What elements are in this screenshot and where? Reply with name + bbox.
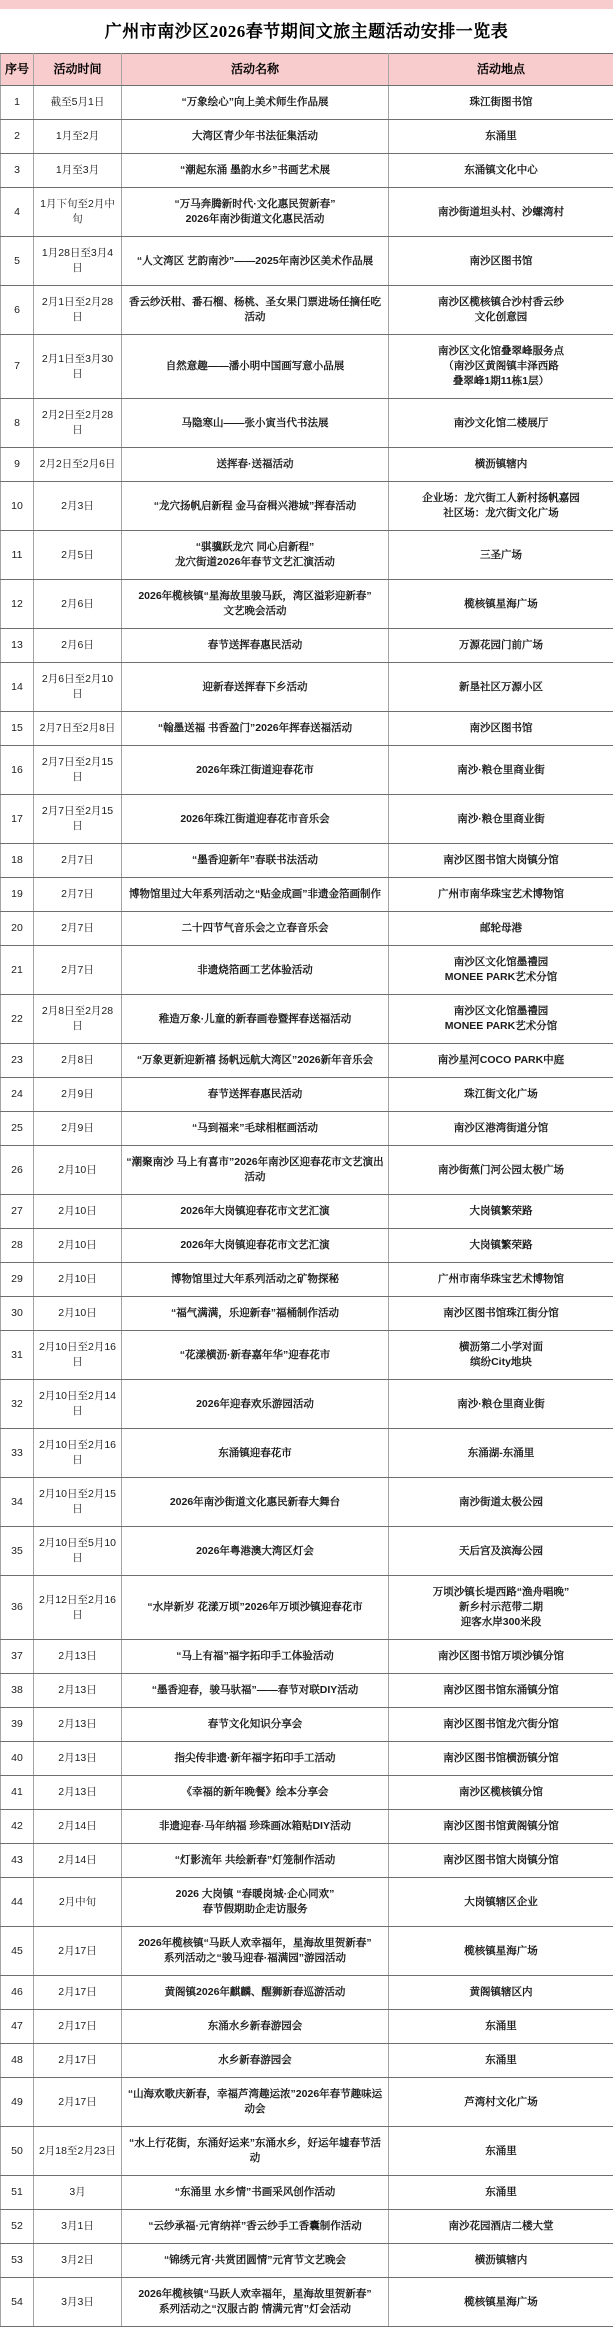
row-name: “骐骥跃龙穴 同心启新程” 龙穴街道2026年春节文艺汇演活动 (122, 531, 389, 580)
row-no: 42 (1, 1810, 34, 1844)
row-place: 珠江街图书馆 (389, 86, 613, 120)
row-time: 2月9日 (34, 1112, 122, 1146)
activities-table-body: 1 截至5月1日 “万象绘心”向上美术师生作品展 珠江街图书馆 2 1月至2月 … (1, 86, 613, 2327)
table-row: 3 1月至3月 “潮起东涌 墨韵水乡”书画艺术展 东涌镇文化中心 (1, 154, 613, 188)
table-row: 47 2月17日 东涌水乡新春游园会 东涌里 (1, 2010, 613, 2044)
page-title: 广州市南沙区2026春节期间文旅主题活动安排一览表 (0, 17, 613, 42)
row-name: 博物馆里过大年系列活动之“贴金成画”非遗金箔画制作 (122, 878, 389, 912)
row-no: 47 (1, 2010, 34, 2044)
row-name: “山海欢歌庆新春，幸福芦湾趣运浓”2026年春节趣味运动会 (122, 2078, 389, 2127)
row-no: 18 (1, 844, 34, 878)
row-name: 送挥春·送福活动 (122, 448, 389, 482)
table-row: 46 2月17日 黄阁镇2026年麒麟、醒狮新春巡游活动 黄阁镇辖区内 (1, 1976, 613, 2010)
row-no: 51 (1, 2176, 34, 2210)
row-place: 南沙区文化馆墨禮园 MONEE PARK艺术分馆 (389, 995, 613, 1044)
table-row: 16 2月7日至2月15日 2026年珠江街道迎春花市 南沙·粮仓里商业街 (1, 746, 613, 795)
row-name: “墨香迎春，骏马驮福”——春节对联DIY活动 (122, 1674, 389, 1708)
row-no: 4 (1, 188, 34, 237)
row-name: 2026年榄核镇“马跃人欢幸福年，星海故里贺新春” 系列活动之“骏马迎春·福满园… (122, 1927, 389, 1976)
row-name: 非遗烧箔画工艺体验活动 (122, 946, 389, 995)
row-name: “水上行花街，东涌好运来”东涌水乡，好运年墟春节活动 (122, 2127, 389, 2176)
row-time: 2月10日 (34, 1195, 122, 1229)
row-time: 2月7日至2月8日 (34, 712, 122, 746)
header-place: 活动地点 (389, 54, 613, 86)
row-place: 南沙区榄核镇分馆 (389, 1776, 613, 1810)
row-no: 54 (1, 2278, 34, 2327)
row-name: 春节送挥春惠民活动 (122, 1078, 389, 1112)
row-no: 13 (1, 629, 34, 663)
row-place: 芦湾村文化广场 (389, 2078, 613, 2127)
row-no: 34 (1, 1478, 34, 1527)
row-name: 迎新春送挥春下乡活动 (122, 663, 389, 712)
table-row: 8 2月2日至2月28日 马隐寒山——张小寅当代书法展 南沙文化馆二楼展厅 (1, 399, 613, 448)
table-row: 45 2月17日 2026年榄核镇“马跃人欢幸福年，星海故里贺新春” 系列活动之… (1, 1927, 613, 1976)
row-time: 2月1日至3月30日 (34, 335, 122, 399)
row-place: 东涌里 (389, 2127, 613, 2176)
row-no: 33 (1, 1429, 34, 1478)
row-name: “云纱承福·元宵纳祥”香云纱手工香囊制作活动 (122, 2210, 389, 2244)
row-no: 14 (1, 663, 34, 712)
table-row: 9 2月2日至2月6日 送挥春·送福活动 横沥镇辖内 (1, 448, 613, 482)
table-row: 10 2月3日 “龙穴扬帆启新程 金马奋楫兴港城”挥春活动 企业场：龙穴街工人新… (1, 482, 613, 531)
row-time: 1月下旬至2月中旬 (34, 188, 122, 237)
row-place: 东涌里 (389, 2044, 613, 2078)
row-time: 2月17日 (34, 1927, 122, 1976)
row-no: 3 (1, 154, 34, 188)
row-place: 企业场：龙穴街工人新村扬帆嘉园 社区场：龙穴街文化广场 (389, 482, 613, 531)
row-place: 南沙花园酒店二楼大堂 (389, 2210, 613, 2244)
row-place: 南沙·粮仓里商业街 (389, 746, 613, 795)
row-no: 11 (1, 531, 34, 580)
row-place: 南沙区文化馆叠翠峰服务点 （南沙区黄阁镇丰泽西路 叠翠峰1期11栋1层） (389, 335, 613, 399)
row-time: 1月至3月 (34, 154, 122, 188)
table-row: 18 2月7日 “墨香迎新年”春联书法活动 南沙区图书馆大岗镇分馆 (1, 844, 613, 878)
row-no: 15 (1, 712, 34, 746)
table-row: 22 2月8日至2月28日 稚造万象·儿童的新春画卷暨挥春送福活动 南沙区文化馆… (1, 995, 613, 1044)
row-name: 春节文化知识分享会 (122, 1708, 389, 1742)
row-time: 2月10日至2月14日 (34, 1380, 122, 1429)
row-place: 横沥镇辖内 (389, 2244, 613, 2278)
row-time: 2月7日至2月15日 (34, 746, 122, 795)
table-row: 51 3月 “东涌里 水乡情”书画采风创作活动 东涌里 (1, 2176, 613, 2210)
row-place: 天后宫及滨海公园 (389, 1527, 613, 1576)
row-time: 2月7日 (34, 878, 122, 912)
row-time: 2月10日至5月10日 (34, 1527, 122, 1576)
row-time: 截至5月1日 (34, 86, 122, 120)
header-no: 序号 (1, 54, 34, 86)
row-name: “翰墨送福 书香盈门”2026年挥春送福活动 (122, 712, 389, 746)
row-no: 12 (1, 580, 34, 629)
table-row: 42 2月14日 非遗迎春·马年纳福 珍珠画冰箱贴DIY活动 南沙区图书馆黄阁镇… (1, 1810, 613, 1844)
row-place: 南沙区图书馆珠江街分馆 (389, 1297, 613, 1331)
row-name: “福气满满，乐迎新春”福桶制作活动 (122, 1297, 389, 1331)
row-name: “花漾横沥·新春嘉年华”迎春花市 (122, 1331, 389, 1380)
row-time: 3月 (34, 2176, 122, 2210)
row-time: 2月10日至2月16日 (34, 1331, 122, 1380)
row-name: “万象更新迎新禧 扬帆远航大湾区”2026新年音乐会 (122, 1044, 389, 1078)
row-time: 2月1日至2月28日 (34, 286, 122, 335)
row-no: 27 (1, 1195, 34, 1229)
row-no: 26 (1, 1146, 34, 1195)
row-name: “灯影流年 共绘新春”灯笼制作活动 (122, 1844, 389, 1878)
row-place: 横沥第二小学对面 缤纷City地块 (389, 1331, 613, 1380)
table-row: 30 2月10日 “福气满满，乐迎新春”福桶制作活动 南沙区图书馆珠江街分馆 (1, 1297, 613, 1331)
row-no: 21 (1, 946, 34, 995)
row-name: 东涌水乡新春游园会 (122, 2010, 389, 2044)
table-row: 4 1月下旬至2月中旬 “万马奔腾新时代·文化惠民贺新春” 2026年南沙街道文… (1, 188, 613, 237)
row-time: 2月13日 (34, 1640, 122, 1674)
row-name: 2026年珠江街道迎春花市 (122, 746, 389, 795)
row-place: 大岗镇繁荣路 (389, 1229, 613, 1263)
row-name: 东涌镇迎春花市 (122, 1429, 389, 1478)
row-no: 16 (1, 746, 34, 795)
table-row: 12 2月6日 2026年榄核镇“星海故里骏马跃，湾区溢彩迎新春” 文艺晚会活动… (1, 580, 613, 629)
row-place: 万顷沙镇长堤西路“渔舟唱晚” 新乡村示范带二期 迎客水岸300米段 (389, 1576, 613, 1640)
table-row: 1 截至5月1日 “万象绘心”向上美术师生作品展 珠江街图书馆 (1, 86, 613, 120)
row-time: 2月2日至2月6日 (34, 448, 122, 482)
row-name: 2026年榄核镇“星海故里骏马跃，湾区溢彩迎新春” 文艺晚会活动 (122, 580, 389, 629)
row-no: 52 (1, 2210, 34, 2244)
table-row: 13 2月6日 春节送挥春惠民活动 万源花园门前广场 (1, 629, 613, 663)
row-place: 南沙·粮仓里商业街 (389, 795, 613, 844)
row-time: 2月14日 (34, 1844, 122, 1878)
row-name: 2026年大岗镇迎春花市文艺汇演 (122, 1229, 389, 1263)
row-time: 2月6日 (34, 580, 122, 629)
row-name: 2026年南沙街道文化惠民新春大舞台 (122, 1478, 389, 1527)
row-no: 7 (1, 335, 34, 399)
row-time: 2月10日 (34, 1297, 122, 1331)
row-name: “潮聚南沙 马上有喜市”2026年南沙区迎春花市文艺演出活动 (122, 1146, 389, 1195)
row-time: 2月5日 (34, 531, 122, 580)
row-name: 水乡新春游园会 (122, 2044, 389, 2078)
row-time: 2月12日至2月16日 (34, 1576, 122, 1640)
row-name: 2026年大岗镇迎春花市文艺汇演 (122, 1195, 389, 1229)
header-name: 活动名称 (122, 54, 389, 86)
row-no: 48 (1, 2044, 34, 2078)
row-place: 南沙区图书馆大岗镇分馆 (389, 844, 613, 878)
table-row: 21 2月7日 非遗烧箔画工艺体验活动 南沙区文化馆墨禮园 MONEE PARK… (1, 946, 613, 995)
row-time: 2月7日 (34, 946, 122, 995)
table-row: 41 2月13日 《幸福的新年晚餐》绘本分享会 南沙区榄核镇分馆 (1, 1776, 613, 1810)
row-place: 大岗镇辖区企业 (389, 1878, 613, 1927)
row-name: 香云纱沃柑、番石榴、杨桃、圣女果门票进场任摘任吃活动 (122, 286, 389, 335)
row-place: 新垦社区万源小区 (389, 663, 613, 712)
row-no: 53 (1, 2244, 34, 2278)
row-place: 广州市南华珠宝艺术博物馆 (389, 1263, 613, 1297)
row-time: 2月7日 (34, 844, 122, 878)
row-place: 榄核镇星海广场 (389, 580, 613, 629)
row-time: 2月7日至2月15日 (34, 795, 122, 844)
row-time: 2月10日 (34, 1146, 122, 1195)
row-place: 南沙区图书馆黄阁镇分馆 (389, 1810, 613, 1844)
row-time: 1月至2月 (34, 120, 122, 154)
table-row: 19 2月7日 博物馆里过大年系列活动之“贴金成画”非遗金箔画制作 广州市南华珠… (1, 878, 613, 912)
table-row: 15 2月7日至2月8日 “翰墨送福 书香盈门”2026年挥春送福活动 南沙区图… (1, 712, 613, 746)
row-no: 43 (1, 1844, 34, 1878)
row-place: 南沙区图书馆龙穴街分馆 (389, 1708, 613, 1742)
table-row: 39 2月13日 春节文化知识分享会 南沙区图书馆龙穴街分馆 (1, 1708, 613, 1742)
row-name: 2026年榄核镇“马跃人欢幸福年，星海故里贺新春” 系列活动之“汉服古韵 情满元… (122, 2278, 389, 2327)
row-no: 45 (1, 1927, 34, 1976)
row-time: 2月6日至2月10日 (34, 663, 122, 712)
row-place: 南沙文化馆二楼展厅 (389, 399, 613, 448)
row-time: 2月17日 (34, 2078, 122, 2127)
row-time: 2月17日 (34, 1976, 122, 2010)
row-no: 36 (1, 1576, 34, 1640)
table-row: 28 2月10日 2026年大岗镇迎春花市文艺汇演 大岗镇繁荣路 (1, 1229, 613, 1263)
table-header-row: 序号 活动时间 活动名称 活动地点 (1, 54, 613, 86)
table-row: 25 2月9日 “马到福来”毛球相框画活动 南沙区港湾街道分馆 (1, 1112, 613, 1146)
title-bar: 广州市南沙区2026春节期间文旅主题活动安排一览表 (0, 9, 613, 51)
row-name: 非遗迎春·马年纳福 珍珠画冰箱贴DIY活动 (122, 1810, 389, 1844)
row-time: 2月13日 (34, 1742, 122, 1776)
row-place: 南沙区图书馆 (389, 712, 613, 746)
row-no: 20 (1, 912, 34, 946)
table-row: 38 2月13日 “墨香迎春，骏马驮福”——春节对联DIY活动 南沙区图书馆东涌… (1, 1674, 613, 1708)
header-time: 活动时间 (34, 54, 122, 86)
row-no: 10 (1, 482, 34, 531)
activities-table: 序号 活动时间 活动名称 活动地点 1 截至5月1日 “万象绘心”向上美术师生作… (0, 53, 613, 2327)
table-row: 11 2月5日 “骐骥跃龙穴 同心启新程” 龙穴街道2026年春节文艺汇演活动 … (1, 531, 613, 580)
table-row: 54 3月3日 2026年榄核镇“马跃人欢幸福年，星海故里贺新春” 系列活动之“… (1, 2278, 613, 2327)
row-place: 东涌里 (389, 2176, 613, 2210)
table-row: 33 2月10日至2月16日 东涌镇迎春花市 东涌湖-东涌里 (1, 1429, 613, 1478)
row-name: “水岸新岁 花漾万顷”2026年万顷沙镇迎春花市 (122, 1576, 389, 1640)
table-row: 48 2月17日 水乡新春游园会 东涌里 (1, 2044, 613, 2078)
table-row: 44 2月中旬 2026 大岗镇 “春暖岗城·企心同欢” 春节假期助企走访服务 … (1, 1878, 613, 1927)
row-no: 17 (1, 795, 34, 844)
table-row: 36 2月12日至2月16日 “水岸新岁 花漾万顷”2026年万顷沙镇迎春花市 … (1, 1576, 613, 1640)
row-name: 自然意趣——潘小明中国画写意小品展 (122, 335, 389, 399)
row-no: 25 (1, 1112, 34, 1146)
table-row: 20 2月7日 二十四节气音乐会之立春音乐会 邮轮母港 (1, 912, 613, 946)
table-row: 7 2月1日至3月30日 自然意趣——潘小明中国画写意小品展 南沙区文化馆叠翠峰… (1, 335, 613, 399)
row-time: 2月14日 (34, 1810, 122, 1844)
row-name: 2026 大岗镇 “春暖岗城·企心同欢” 春节假期助企走访服务 (122, 1878, 389, 1927)
row-no: 39 (1, 1708, 34, 1742)
row-time: 2月18至2月23日 (34, 2127, 122, 2176)
row-no: 19 (1, 878, 34, 912)
row-no: 22 (1, 995, 34, 1044)
row-no: 35 (1, 1527, 34, 1576)
table-row: 35 2月10日至5月10日 2026年粤港澳大湾区灯会 天后宫及滨海公园 (1, 1527, 613, 1576)
row-no: 30 (1, 1297, 34, 1331)
table-row: 31 2月10日至2月16日 “花漾横沥·新春嘉年华”迎春花市 横沥第二小学对面… (1, 1331, 613, 1380)
row-place: 南沙星河COCO PARK中庭 (389, 1044, 613, 1078)
row-name: “东涌里 水乡情”书画采风创作活动 (122, 2176, 389, 2210)
row-name: 黄阁镇2026年麒麟、醒狮新春巡游活动 (122, 1976, 389, 2010)
table-row: 43 2月14日 “灯影流年 共绘新春”灯笼制作活动 南沙区图书馆大岗镇分馆 (1, 1844, 613, 1878)
row-time: 2月13日 (34, 1708, 122, 1742)
row-name: 稚造万象·儿童的新春画卷暨挥春送福活动 (122, 995, 389, 1044)
row-name: “潮起东涌 墨韵水乡”书画艺术展 (122, 154, 389, 188)
row-time: 2月13日 (34, 1776, 122, 1810)
row-time: 2月2日至2月28日 (34, 399, 122, 448)
row-no: 46 (1, 1976, 34, 2010)
row-name: “万马奔腾新时代·文化惠民贺新春” 2026年南沙街道文化惠民活动 (122, 188, 389, 237)
row-name: 春节送挥春惠民活动 (122, 629, 389, 663)
row-name: “龙穴扬帆启新程 金马奋楫兴港城”挥春活动 (122, 482, 389, 531)
row-no: 32 (1, 1380, 34, 1429)
row-place: 大岗镇繁荣路 (389, 1195, 613, 1229)
table-row: 6 2月1日至2月28日 香云纱沃柑、番石榴、杨桃、圣女果门票进场任摘任吃活动 … (1, 286, 613, 335)
row-time: 2月13日 (34, 1674, 122, 1708)
row-no: 24 (1, 1078, 34, 1112)
row-place: 南沙区图书馆横沥镇分馆 (389, 1742, 613, 1776)
row-no: 31 (1, 1331, 34, 1380)
table-row: 40 2月13日 指尖传非遗·新年福字拓印手工活动 南沙区图书馆横沥镇分馆 (1, 1742, 613, 1776)
row-name: “锦绣元宵·共赏团圆情”元宵节文艺晚会 (122, 2244, 389, 2278)
row-no: 49 (1, 2078, 34, 2127)
row-no: 23 (1, 1044, 34, 1078)
row-no: 5 (1, 237, 34, 286)
row-time: 2月6日 (34, 629, 122, 663)
table-row: 34 2月10日至2月15日 2026年南沙街道文化惠民新春大舞台 南沙街道太极… (1, 1478, 613, 1527)
row-time: 2月8日 (34, 1044, 122, 1078)
row-no: 9 (1, 448, 34, 482)
row-name: “墨香迎新年”春联书法活动 (122, 844, 389, 878)
table-row: 52 3月1日 “云纱承福·元宵纳祥”香云纱手工香囊制作活动 南沙花园酒店二楼大… (1, 2210, 613, 2244)
row-name: 2026年珠江街道迎春花市音乐会 (122, 795, 389, 844)
table-row: 50 2月18至2月23日 “水上行花街，东涌好运来”东涌水乡，好运年墟春节活动… (1, 2127, 613, 2176)
row-place: 广州市南华珠宝艺术博物馆 (389, 878, 613, 912)
row-name: 《幸福的新年晚餐》绘本分享会 (122, 1776, 389, 1810)
table-row: 17 2月7日至2月15日 2026年珠江街道迎春花市音乐会 南沙·粮仓里商业街 (1, 795, 613, 844)
row-place: 东涌里 (389, 120, 613, 154)
row-place: 东涌湖-东涌里 (389, 1429, 613, 1478)
row-time: 2月3日 (34, 482, 122, 531)
row-place: 榄核镇星海广场 (389, 1927, 613, 1976)
row-time: 3月1日 (34, 2210, 122, 2244)
row-place: 东涌里 (389, 2010, 613, 2044)
row-no: 37 (1, 1640, 34, 1674)
row-no: 2 (1, 120, 34, 154)
table-row: 5 1月28日至3月4日 “人文湾区 艺韵南沙”——2025年南沙区美术作品展 … (1, 237, 613, 286)
row-name: 指尖传非遗·新年福字拓印手工活动 (122, 1742, 389, 1776)
row-no: 50 (1, 2127, 34, 2176)
table-row: 37 2月13日 “马上有福”福字拓印手工体验活动 南沙区图书馆万顷沙镇分馆 (1, 1640, 613, 1674)
row-no: 1 (1, 86, 34, 120)
row-name: “马上有福”福字拓印手工体验活动 (122, 1640, 389, 1674)
row-place: 南沙区文化馆墨禮园 MONEE PARK艺术分馆 (389, 946, 613, 995)
table-row: 49 2月17日 “山海欢歌庆新春，幸福芦湾趣运浓”2026年春节趣味运动会 芦… (1, 2078, 613, 2127)
table-row: 26 2月10日 “潮聚南沙 马上有喜市”2026年南沙区迎春花市文艺演出活动 … (1, 1146, 613, 1195)
row-place: 邮轮母港 (389, 912, 613, 946)
table-row: 14 2月6日至2月10日 迎新春送挥春下乡活动 新垦社区万源小区 (1, 663, 613, 712)
row-name: 2026年迎春欢乐游园活动 (122, 1380, 389, 1429)
row-no: 28 (1, 1229, 34, 1263)
row-place: 横沥镇辖内 (389, 448, 613, 482)
row-time: 3月2日 (34, 2244, 122, 2278)
row-name: 大湾区青少年书法征集活动 (122, 120, 389, 154)
row-place: 黄阁镇辖区内 (389, 1976, 613, 2010)
row-name: 二十四节气音乐会之立春音乐会 (122, 912, 389, 946)
row-time: 2月10日至2月16日 (34, 1429, 122, 1478)
row-place: 榄核镇星海广场 (389, 2278, 613, 2327)
row-place: 南沙·粮仓里商业街 (389, 1380, 613, 1429)
row-time: 1月28日至3月4日 (34, 237, 122, 286)
row-time: 2月9日 (34, 1078, 122, 1112)
row-time: 3月3日 (34, 2278, 122, 2327)
row-time: 2月10日 (34, 1229, 122, 1263)
row-place: 南沙区港湾街道分馆 (389, 1112, 613, 1146)
row-time: 2月中旬 (34, 1878, 122, 1927)
row-time: 2月17日 (34, 2044, 122, 2078)
table-row: 53 3月2日 “锦绣元宵·共赏团圆情”元宵节文艺晚会 横沥镇辖内 (1, 2244, 613, 2278)
row-place: 南沙区图书馆大岗镇分馆 (389, 1844, 613, 1878)
row-place: 南沙区图书馆 (389, 237, 613, 286)
row-place: 南沙区图书馆万顷沙镇分馆 (389, 1640, 613, 1674)
row-place: 三圣广场 (389, 531, 613, 580)
row-place: 南沙街蕉门河公园太极广场 (389, 1146, 613, 1195)
row-place: 万源花园门前广场 (389, 629, 613, 663)
table-row: 24 2月9日 春节送挥春惠民活动 珠江街文化广场 (1, 1078, 613, 1112)
top-pink-strip (0, 0, 613, 9)
row-no: 8 (1, 399, 34, 448)
row-place: 珠江街文化广场 (389, 1078, 613, 1112)
row-name: “万象绘心”向上美术师生作品展 (122, 86, 389, 120)
row-no: 40 (1, 1742, 34, 1776)
table-row: 2 1月至2月 大湾区青少年书法征集活动 东涌里 (1, 120, 613, 154)
row-time: 2月7日 (34, 912, 122, 946)
row-name: “人文湾区 艺韵南沙”——2025年南沙区美术作品展 (122, 237, 389, 286)
table-row: 29 2月10日 博物馆里过大年系列活动之矿物探秘 广州市南华珠宝艺术博物馆 (1, 1263, 613, 1297)
row-time: 2月10日至2月15日 (34, 1478, 122, 1527)
row-time: 2月10日 (34, 1263, 122, 1297)
row-place: 南沙区图书馆东涌镇分馆 (389, 1674, 613, 1708)
row-place: 南沙街道太极公园 (389, 1478, 613, 1527)
row-time: 2月8日至2月28日 (34, 995, 122, 1044)
row-no: 38 (1, 1674, 34, 1708)
row-name: 马隐寒山——张小寅当代书法展 (122, 399, 389, 448)
row-name: 博物馆里过大年系列活动之矿物探秘 (122, 1263, 389, 1297)
row-no: 29 (1, 1263, 34, 1297)
row-place: 东涌镇文化中心 (389, 154, 613, 188)
row-no: 41 (1, 1776, 34, 1810)
row-name: “马到福来”毛球相框画活动 (122, 1112, 389, 1146)
row-no: 6 (1, 286, 34, 335)
table-row: 23 2月8日 “万象更新迎新禧 扬帆远航大湾区”2026新年音乐会 南沙星河C… (1, 1044, 613, 1078)
table-row: 32 2月10日至2月14日 2026年迎春欢乐游园活动 南沙·粮仓里商业街 (1, 1380, 613, 1429)
row-name: 2026年粤港澳大湾区灯会 (122, 1527, 389, 1576)
row-time: 2月17日 (34, 2010, 122, 2044)
row-place: 南沙区榄核镇合沙村香云纱 文化创意园 (389, 286, 613, 335)
row-no: 44 (1, 1878, 34, 1927)
table-row: 27 2月10日 2026年大岗镇迎春花市文艺汇演 大岗镇繁荣路 (1, 1195, 613, 1229)
row-place: 南沙街道坦头村、沙螺湾村 (389, 188, 613, 237)
